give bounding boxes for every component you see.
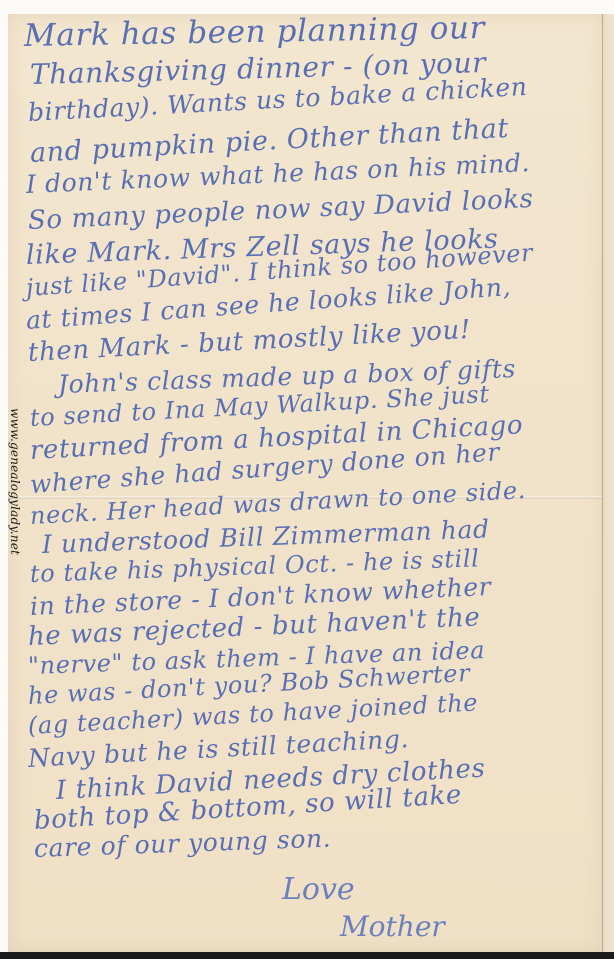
letter-closing: Love <box>282 872 355 907</box>
scanned-letter: www.genealogylady.net Mark has been plan… <box>0 0 614 959</box>
paper-edge <box>602 14 614 952</box>
watermark-text: www.genealogylady.net <box>2 408 22 608</box>
letter-signature: Mother <box>340 910 445 943</box>
scan-border <box>0 952 614 959</box>
